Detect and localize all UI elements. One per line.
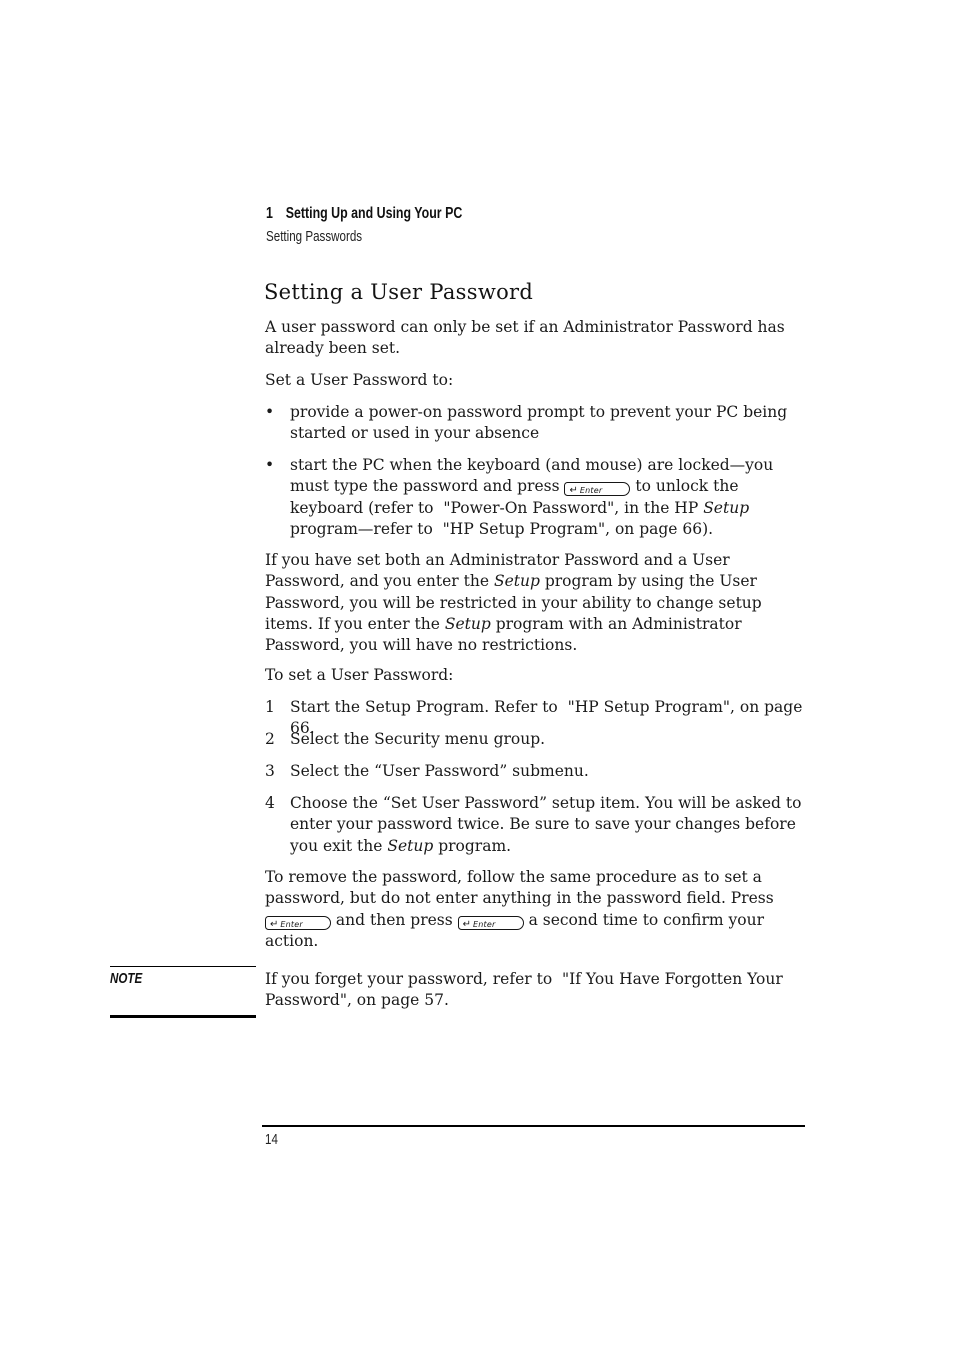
running-header: 1Setting Up and Using Your PC Setting Pa… bbox=[266, 204, 462, 246]
bullet-item: •provide a power-on password prompt to p… bbox=[265, 402, 813, 445]
step-number: 2 bbox=[265, 729, 275, 750]
remove-password-paragraph: To remove the password, follow the same … bbox=[265, 867, 813, 952]
bullet-text: start the PC when the keyboard (and mous… bbox=[290, 456, 778, 538]
enter-key-icon: ↵Enter bbox=[265, 916, 331, 930]
page-title: Setting a User Password bbox=[264, 279, 533, 305]
numbered-step: 2Select the Security menu group. bbox=[265, 729, 813, 750]
chapter-title: Setting Up and Using Your PC bbox=[286, 205, 463, 222]
step-text-segment: Choose the “Set User Password” setup ite… bbox=[290, 794, 806, 855]
italic-setup-word: Setup bbox=[387, 837, 433, 855]
set-lead-paragraph: Set a User Password to: bbox=[265, 370, 813, 391]
return-arrow-icon: ↵ bbox=[270, 919, 278, 930]
step-number: 4 bbox=[265, 793, 275, 814]
step-number: 3 bbox=[265, 761, 275, 782]
bullet-item: •start the PC when the keyboard (and mou… bbox=[265, 455, 813, 540]
step-text: Choose the “Set User Password” setup ite… bbox=[290, 794, 806, 855]
paragraph-segment: and then press bbox=[331, 911, 458, 929]
chapter-number: 1 bbox=[266, 204, 273, 223]
footer-rule bbox=[262, 1125, 805, 1127]
steps-lead-paragraph: To set a User Password: bbox=[265, 665, 813, 686]
page-number: 14 bbox=[265, 1132, 278, 1148]
section-subtitle: Setting Passwords bbox=[266, 228, 462, 246]
note-label-block: NOTE bbox=[110, 966, 256, 988]
return-arrow-icon: ↵ bbox=[463, 919, 471, 930]
paragraph-segment: To remove the password, follow the same … bbox=[265, 868, 779, 907]
note-text: If you forget your password, refer to "I… bbox=[265, 969, 813, 1012]
numbered-step: 3Select the “User Password” submenu. bbox=[265, 761, 813, 782]
enter-key-icon: ↵Enter bbox=[564, 482, 630, 496]
note-bottom-rule bbox=[110, 1015, 256, 1018]
enter-key-icon: ↵Enter bbox=[458, 916, 524, 930]
step-text: Select the Security menu group. bbox=[290, 730, 545, 748]
bullet-marker: • bbox=[265, 402, 274, 423]
italic-setup-word: Setup bbox=[494, 572, 540, 590]
bullet-text: provide a power-on password prompt to pr… bbox=[290, 403, 792, 442]
both-passwords-paragraph: If you have set both an Administrator Pa… bbox=[265, 550, 813, 656]
document-page: 1Setting Up and Using Your PC Setting Pa… bbox=[0, 0, 954, 1351]
note-label: NOTE bbox=[110, 971, 227, 988]
step-text: Select the “User Password” submenu. bbox=[290, 762, 589, 780]
enter-key-label: Enter bbox=[580, 486, 602, 495]
bullet-marker: • bbox=[265, 455, 274, 476]
intro-paragraph: A user password can only be set if an Ad… bbox=[265, 317, 813, 360]
step-text-segment: program. bbox=[433, 837, 511, 855]
enter-key-label: Enter bbox=[473, 920, 495, 929]
italic-setup-word: Setup bbox=[703, 499, 749, 517]
step-number: 1 bbox=[265, 697, 275, 718]
return-arrow-icon: ↵ bbox=[569, 485, 577, 496]
italic-setup-word: Setup bbox=[445, 615, 491, 633]
enter-key-label: Enter bbox=[280, 920, 302, 929]
chapter-heading: 1Setting Up and Using Your PC bbox=[266, 204, 462, 223]
numbered-step: 4Choose the “Set User Password” setup it… bbox=[265, 793, 813, 857]
